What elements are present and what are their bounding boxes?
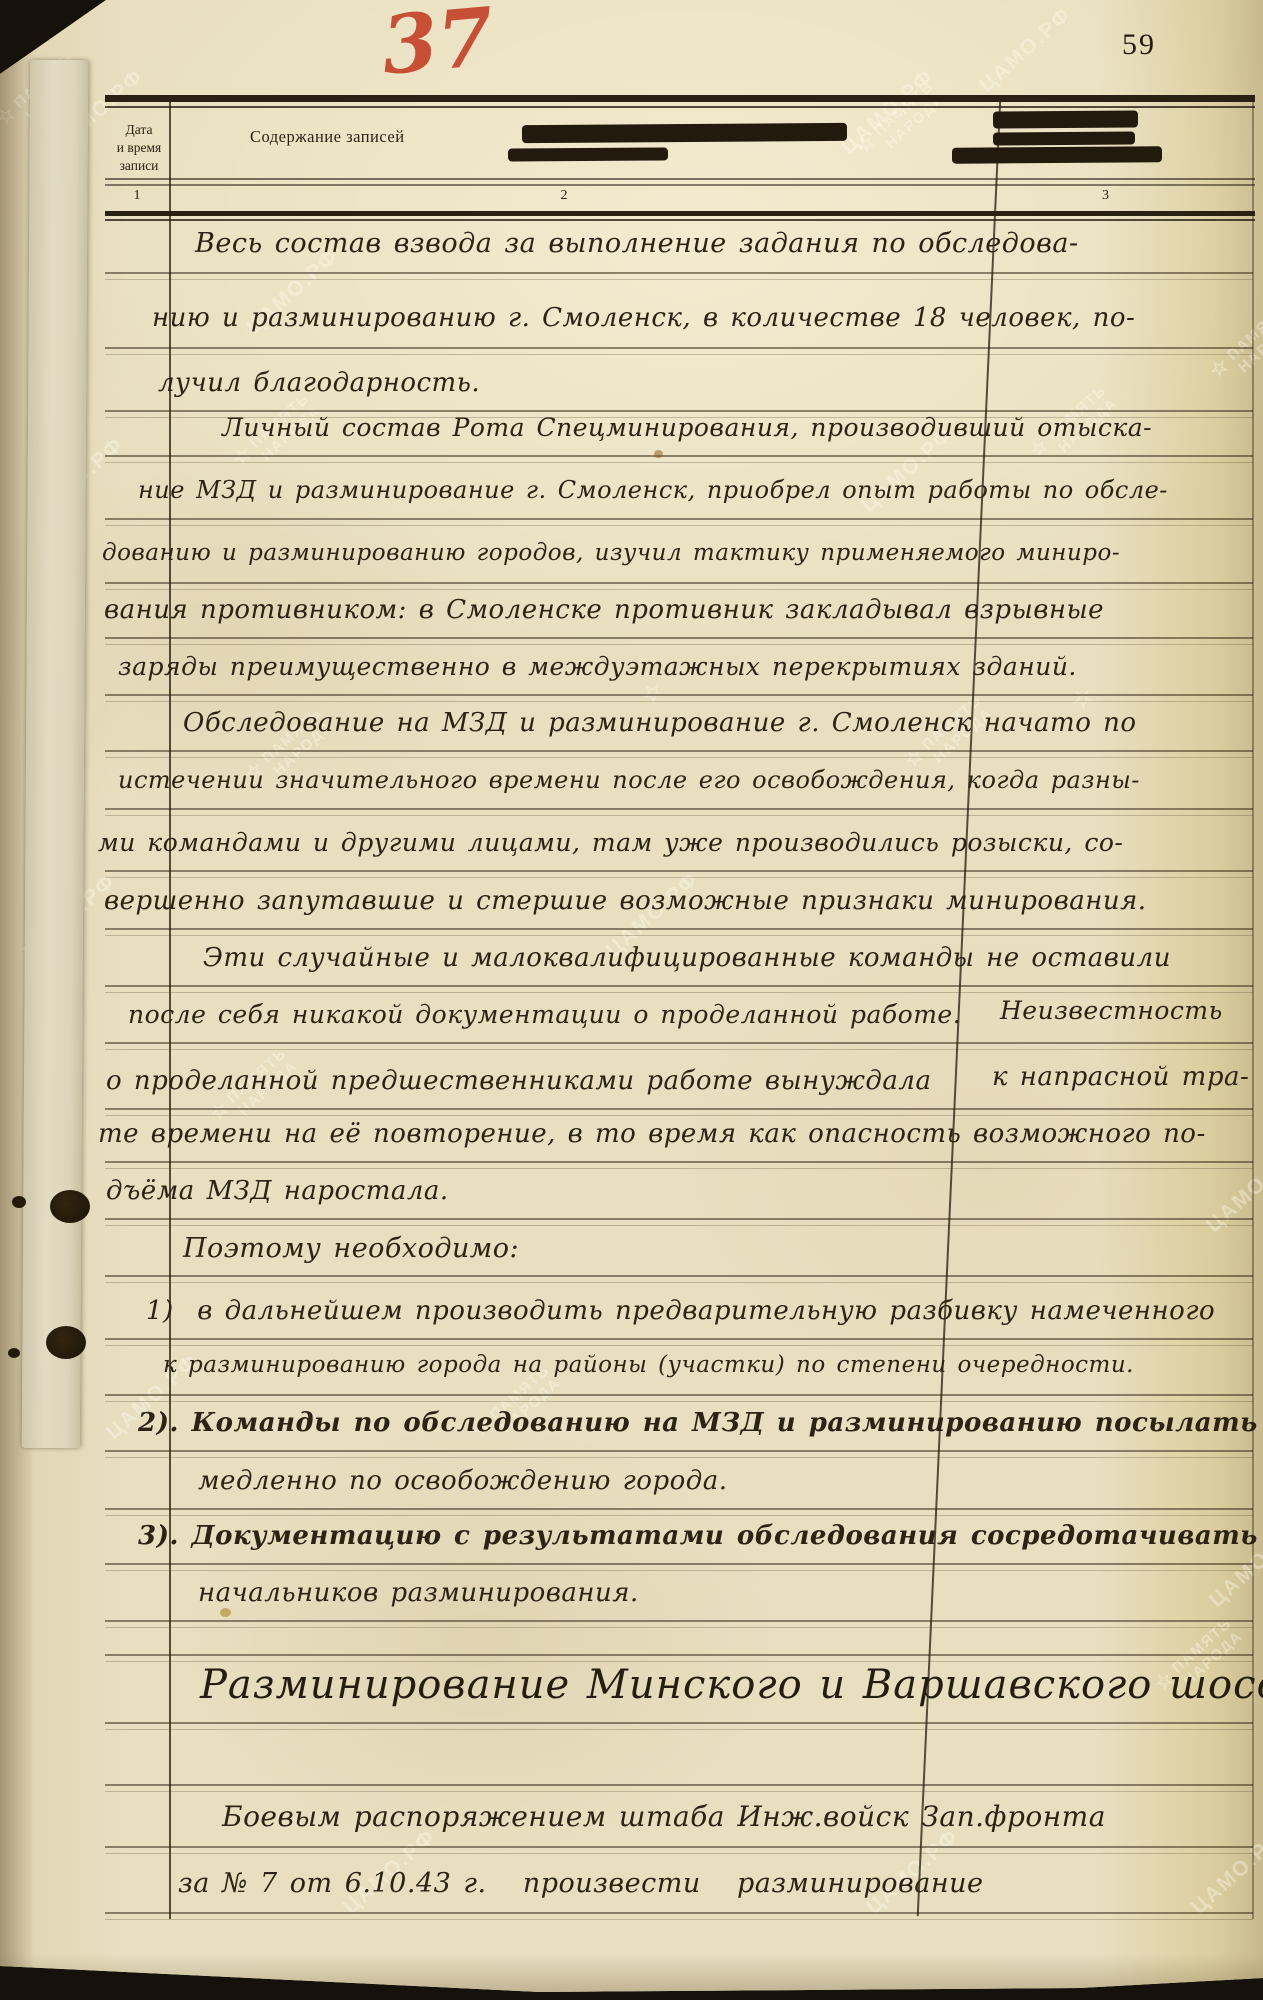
column-number-1: 1 xyxy=(105,188,169,204)
handwritten-line: Обследование на МЗД и разминирование г. … xyxy=(183,708,1137,738)
ruled-line xyxy=(105,928,1253,936)
ruled-line xyxy=(105,694,1253,702)
table-top-rule-thin xyxy=(105,106,1255,108)
column-number-2: 2 xyxy=(170,188,958,204)
column-number-3: 3 xyxy=(958,188,1253,204)
handwritten-line: Эти случайные и малоквалифицированные ко… xyxy=(203,943,1171,973)
ruled-line xyxy=(105,750,1253,758)
column-header-date-time: Дата и время записи xyxy=(107,121,171,174)
ruled-line xyxy=(105,1218,1253,1226)
redaction-bar xyxy=(993,110,1138,128)
ruled-line xyxy=(105,808,1253,816)
column-header-date-line3: записи xyxy=(107,157,171,175)
ruled-line xyxy=(105,1275,1253,1283)
ruled-line xyxy=(105,347,1253,355)
punch-hole xyxy=(50,1190,90,1223)
table-right-border xyxy=(1252,95,1254,1919)
table-top-rule-thick xyxy=(105,95,1255,102)
document-page: 37 59 Дата и время записи Содержание зап… xyxy=(0,0,1263,2000)
column-header-date-line2: и время xyxy=(107,139,171,157)
handwritten-line: дъёма МЗД наростала. xyxy=(106,1176,449,1206)
handwritten-line: 3). Документацию с результатами обследов… xyxy=(138,1521,1263,1551)
handwritten-line: нию и разминированию г. Смоленск, в коли… xyxy=(152,303,1135,333)
handwritten-line: вания противником: в Смоленске противник… xyxy=(104,595,1104,625)
handwritten-line: лучил благодарность. xyxy=(158,368,480,398)
punch-hole xyxy=(46,1326,86,1359)
handwritten-line: к напрасной тра- xyxy=(992,1062,1249,1092)
ruled-line xyxy=(105,1508,1253,1516)
column-header-content: Содержание записей xyxy=(250,127,405,147)
watermark-tsamo: ЦАМО.РФ xyxy=(975,2,1077,97)
handwritten-line: вершенно запутавшие и стершие возможные … xyxy=(104,886,1147,916)
ruled-line xyxy=(105,1620,1253,1628)
ruled-line xyxy=(105,985,1253,993)
page-number: 59 xyxy=(1122,28,1156,62)
handwritten-line: Личный состав Рота Спецминирования, прои… xyxy=(222,413,1152,442)
ruled-line xyxy=(105,1784,1253,1792)
handwritten-line: Неизвестность xyxy=(1000,996,1223,1025)
handwritten-line: Весь состав взвода за выполнение задания… xyxy=(195,228,1079,259)
ruled-line xyxy=(105,1563,1253,1571)
paper-edge-shadow-bottom xyxy=(0,1954,1263,2000)
handwritten-line: Поэтому необходимо: xyxy=(183,1233,519,1264)
paper-stain xyxy=(220,1608,231,1617)
red-folio-number: 37 xyxy=(378,0,497,93)
header-bottom-rule-thick xyxy=(105,211,1255,216)
header-separator-thin-2 xyxy=(105,184,1255,186)
handwritten-line: ние МЗД и разминирование г. Смоленск, пр… xyxy=(138,476,1168,504)
ruled-line xyxy=(105,1722,1253,1730)
header-bottom-rule-thin xyxy=(105,219,1255,221)
ruled-line xyxy=(105,1338,1253,1346)
ruled-line xyxy=(105,518,1253,526)
handwritten-line: за № 7 от 6.10.43 г. произвести разминир… xyxy=(178,1868,984,1899)
redaction-bar xyxy=(508,147,668,161)
column-header-date-line1: Дата xyxy=(107,121,171,139)
ruled-line xyxy=(105,1161,1253,1169)
ruled-line xyxy=(105,1394,1253,1402)
handwritten-line: о проделанной предшественниками работе в… xyxy=(106,1066,931,1096)
ruled-line xyxy=(105,1846,1253,1854)
section-heading: Разминирование Минского и Варшавского шо… xyxy=(200,1662,1263,1708)
ruled-line xyxy=(105,1108,1253,1116)
handwritten-line: к разминированию города на районы (участ… xyxy=(163,1352,1134,1378)
handwritten-line: 1) в дальнейшем производить предваритель… xyxy=(146,1296,1215,1326)
punch-hole-dot xyxy=(8,1348,20,1358)
handwritten-line: те времени на её повторение, в то время … xyxy=(98,1119,1206,1149)
redaction-bar xyxy=(993,132,1135,146)
ruled-line xyxy=(105,870,1253,878)
paper-stain xyxy=(654,450,663,458)
handwritten-line: ми командами и другими лицами, там уже п… xyxy=(98,828,1123,857)
ruled-line xyxy=(105,1654,1253,1662)
ruled-line xyxy=(105,272,1253,280)
handwritten-line: заряды преимущественно в междуэтажных пе… xyxy=(118,652,1077,681)
ruled-line xyxy=(105,455,1253,463)
ruled-line xyxy=(105,637,1253,645)
ruled-line xyxy=(105,1450,1253,1458)
handwritten-line: после себя никакой документации о продел… xyxy=(128,1000,961,1029)
handwritten-line: истечении значительного времени после ег… xyxy=(118,766,1140,794)
handwritten-line: начальников разминирования. xyxy=(198,1578,639,1608)
handwritten-line: Боевым распоряжением штаба Инж.войск Зап… xyxy=(222,1800,1106,1833)
redaction-bar xyxy=(952,146,1162,163)
ruled-line xyxy=(105,1912,1253,1920)
handwritten-line: медленно по освобождению города. xyxy=(198,1466,728,1496)
ruled-line xyxy=(105,1042,1253,1050)
handwritten-line: дованию и разминированию городов, изучил… xyxy=(102,540,1120,566)
binding-strip xyxy=(22,60,88,1448)
header-separator-thin-1 xyxy=(105,178,1255,180)
handwritten-line: 2). Команды по обследованию на МЗД и раз… xyxy=(138,1408,1263,1438)
punch-hole-dot xyxy=(12,1196,26,1208)
redaction-bar xyxy=(522,123,847,143)
ruled-line xyxy=(105,582,1253,590)
